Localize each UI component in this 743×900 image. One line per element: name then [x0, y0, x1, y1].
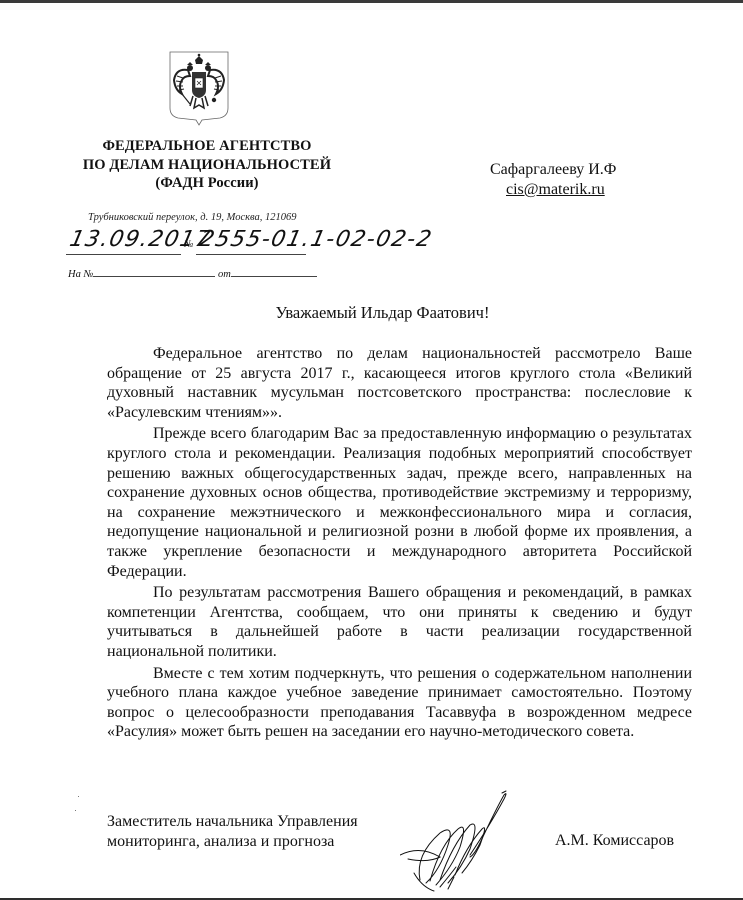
agency-abbreviation: (ФАДН России) [60, 174, 354, 193]
registration-line: 13.09.2017 № 2555-01.1-02-02-2 [66, 227, 406, 259]
recipient-email-link[interactable]: cis@materik.ru [506, 180, 640, 200]
reply-number-blank [93, 267, 215, 277]
signer-position-line-1: Заместитель начальника Управления [107, 812, 358, 832]
scan-speck [75, 810, 76, 811]
paragraph-3: По результатам рассмотрения Вашего обращ… [107, 583, 692, 661]
agency-header: ФЕДЕРАЛЬНОЕ АГЕНТСТВО ПО ДЕЛАМ НАЦИОНАЛЬ… [60, 137, 354, 193]
paragraph-4: Вместе с тем хотим подчеркнуть, что реше… [107, 664, 692, 742]
date-underline [66, 254, 181, 255]
number-underline [196, 254, 306, 255]
agency-address: Трубниковский переулок, д. 19, Москва, 1… [88, 212, 297, 223]
number-sign-label: № [184, 239, 193, 250]
scan-speck [78, 796, 79, 797]
signer-position-line-2: мониторинга, анализа и прогноза [107, 832, 358, 852]
reply-reference-line: На № от [68, 267, 317, 280]
letter-page: ФЕДЕРАЛЬНОЕ АГЕНТСТВО ПО ДЕЛАМ НАЦИОНАЛЬ… [0, 3, 743, 898]
reply-date-label: от [218, 269, 231, 280]
agency-name-line-2: ПО ДЕЛАМ НАЦИОНАЛЬНОСТЕЙ [60, 156, 354, 175]
letter-body: Федеральное агентство по делам националь… [107, 344, 692, 742]
russian-coat-of-arms-icon [168, 50, 230, 126]
salutation: Уважаемый Ильдар Фаатович! [0, 303, 743, 323]
agency-name-line-1: ФЕДЕРАЛЬНОЕ АГЕНТСТВО [60, 137, 354, 156]
paragraph-2: Прежде всего благодарим Вас за предостав… [107, 424, 692, 581]
reply-number-label: На № [68, 269, 93, 280]
signer-position: Заместитель начальника Управления монито… [107, 812, 358, 852]
reply-date-blank [231, 267, 317, 277]
registration-number: 2555-01.1-02-02-2 [197, 227, 435, 252]
recipient-name: Сафаргалееву И.Ф [490, 160, 640, 180]
paragraph-1: Федеральное агентство по делам националь… [107, 344, 692, 422]
recipient-block: Сафаргалееву И.Ф cis@materik.ru [490, 160, 640, 200]
signer-name: А.М. Комиссаров [555, 832, 674, 850]
handwritten-signature-icon [400, 785, 530, 897]
